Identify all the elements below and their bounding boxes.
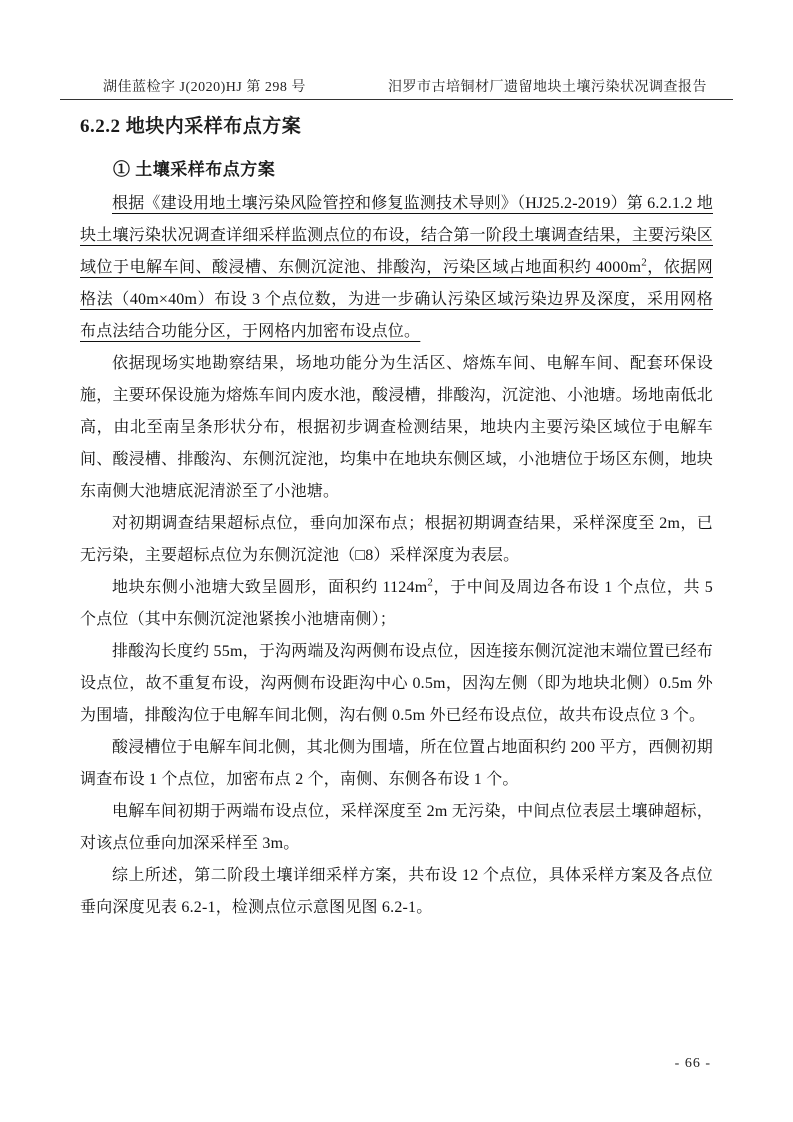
header-report-title: 汨罗市古培铜材厂遗留地块土壤污染状况调查报告	[388, 76, 707, 96]
document-body: 6.2.2 地块内采样布点方案 ① 土壤采样布点方案 根据《建设用地土壤污染风险…	[80, 111, 713, 924]
subsection-heading: ① 土壤采样布点方案	[80, 155, 713, 180]
paragraph-2: 依据现场实地勘察结果，场地功能分为生活区、熔炼车间、电解车间、配套环保设施，主要…	[80, 348, 713, 508]
page-header: 湖佳蓝检字 J(2020)HJ 第 298 号 汨罗市古培铜材厂遗留地块土壤污染…	[60, 0, 733, 100]
paragraph-5: 排酸沟长度约 55m，于沟两端及沟两侧布设点位，因连接东侧沉淀池末端位置已经布设…	[80, 636, 713, 732]
paragraph-6: 酸浸槽位于电解车间北侧，其北侧为围墙，所在位置占地面积约 200 平方，西侧初期…	[80, 732, 713, 796]
paragraph-1: 根据《建设用地土壤污染风险管控和修复监测技术导则》（HJ25.2-2019）第 …	[80, 188, 713, 348]
document-page: 湖佳蓝检字 J(2020)HJ 第 298 号 汨罗市古培铜材厂遗留地块土壤污染…	[0, 0, 793, 1122]
paragraph-4: 地块东侧小池塘大致呈圆形，面积约 1124m2，于中间及周边各布设 1 个点位，…	[80, 572, 713, 636]
paragraph-3: 对初期调查结果超标点位，垂向加深布点；根据初期调查结果，采样深度至 2m，已无污…	[80, 508, 713, 572]
paragraph-4-text-pre: 地块东侧小池塘大致呈圆形，面积约 1124m	[112, 579, 427, 596]
paragraph-1-text-pre: 根据《建设用地土壤污染风险管控和修复监测技术导则》（HJ25.2-2019）第 …	[80, 195, 713, 276]
section-heading: 6.2.2 地块内采样布点方案	[80, 111, 713, 138]
paragraph-8: 综上所述，第二阶段土壤详细采样方案，共布设 12 个点位，具体采样方案及各点位垂…	[80, 860, 713, 924]
paragraph-7: 电解车间初期于两端布设点位，采样深度至 2m 无污染，中间点位表层土壤砷超标，对…	[80, 796, 713, 860]
header-document-number: 湖佳蓝检字 J(2020)HJ 第 298 号	[103, 76, 306, 96]
page-number: - 66 -	[675, 1056, 711, 1072]
